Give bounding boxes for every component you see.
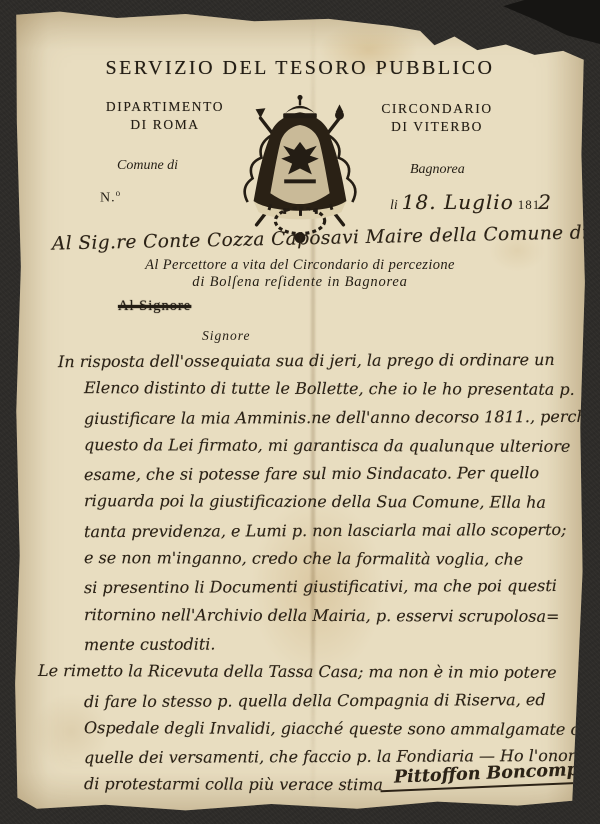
comune-value: Bagnorea xyxy=(410,162,465,178)
body-line: esame, che si potesse fare sul mio Sinda… xyxy=(84,459,586,489)
struck-salutation: Al Signore xyxy=(118,298,191,315)
body-line: ritornino nell'Archivio della Mairia, p.… xyxy=(84,601,586,631)
comune-label: Comune di xyxy=(117,158,178,174)
letter-body: In risposta dell'ossequiata sua di jeri,… xyxy=(44,347,586,800)
torn-photo-corner xyxy=(482,0,600,44)
addressee-handwritten: Al Sig.re Conte Cozza Caposavi Maire del… xyxy=(52,222,586,254)
number-field: N.o xyxy=(100,188,121,207)
imperial-eagle-emblem-icon xyxy=(221,90,379,248)
addressee-printed-line1: Al Percettore a vita del Circondario di … xyxy=(14,257,586,274)
salutation: Signore xyxy=(202,328,251,344)
body-line: Ospedale degli Invalidi, giacché queste … xyxy=(84,714,586,744)
date-field: li 18. Luglio 1812 xyxy=(390,190,551,214)
body-line: di fare lo stesso p. quella della Compag… xyxy=(84,685,586,715)
date-year-printed: 181 xyxy=(518,197,541,212)
date-year-digit: 2 xyxy=(538,190,551,214)
letter-document: SERVIZIO DEL TESORO PUBBLICO DIPARTIMENT… xyxy=(14,10,586,812)
body-line: In risposta dell'ossequiata sua di jeri,… xyxy=(58,346,586,377)
addressee-printed-line2: di Bolſena reſidente in Bagnorea xyxy=(14,274,586,291)
body-line: si presentino li Documenti giustificativ… xyxy=(84,572,586,602)
date-day-month: 18. Luglio xyxy=(402,190,514,214)
body-line: e se non m'inganno, credo che la formali… xyxy=(84,544,586,574)
body-line: riguarda poi la giustificazione della Su… xyxy=(84,488,586,518)
photo-background: { "scene": { "background_color": "#2e2c2… xyxy=(0,0,600,824)
body-line: tanta previdenza, e Lumi p. non lasciarl… xyxy=(84,516,586,546)
body-line: giustificare la mia Amminis.ne dell'anno… xyxy=(84,402,586,432)
body-line: mente custoditi. xyxy=(84,629,586,659)
service-title: SERVIZIO DEL TESORO PUBBLICO xyxy=(14,57,586,80)
date-prefix: li xyxy=(390,198,398,213)
body-line: Le rimetto la Ricevuta della Tassa Casa;… xyxy=(38,657,586,687)
body-line: Elenco distinto di tutte le Bollette, ch… xyxy=(84,374,586,404)
body-line: questo da Lei firmato, mi garantisca da … xyxy=(84,431,586,461)
